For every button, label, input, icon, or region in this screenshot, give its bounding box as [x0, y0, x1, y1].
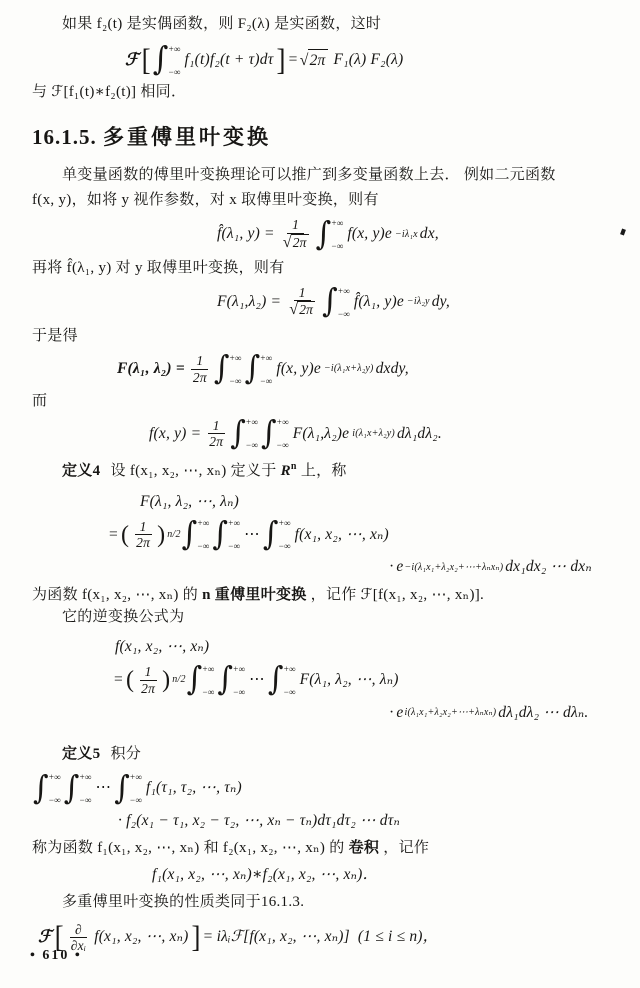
line-properties: 多重傅里叶变换的性质类同于16.1.3. — [32, 892, 612, 914]
integrand: f₁(τ₁, τ₂, ⋯, τₙ) — [146, 777, 242, 799]
radicand: 2π — [308, 49, 328, 72]
integral-limits: +∞ −∞ — [80, 772, 92, 805]
cdots: ⋯ — [244, 524, 260, 546]
integral-glyph: ∫ — [153, 44, 169, 76]
lower-limit: −∞ — [284, 688, 296, 697]
upper-limit: +∞ — [228, 519, 240, 528]
lower-limit: −∞ — [130, 796, 142, 805]
equation-2d-forward: F(λ₁, λ₂) = 1 2π ∫ +∞ −∞ ∫ +∞ −∞ f(x, y)… — [115, 353, 612, 386]
fraction: 1 √2π — [287, 285, 317, 320]
upper-limit: +∞ — [80, 773, 92, 782]
lower-limit: −∞ — [169, 68, 181, 77]
cdots: ⋯ — [249, 669, 265, 691]
differentials: dx₁dx₂ ⋯ dxₙ — [505, 556, 592, 578]
condition: (1 ≤ i ≤ n)， — [358, 926, 439, 948]
left-paren: ( — [121, 523, 129, 547]
section-number: 16.1.5. — [32, 125, 97, 149]
radicand: 2π — [291, 234, 309, 250]
integral-glyph: ∫ — [212, 519, 228, 551]
equation-nd-inverse-lhs: f(x₁, x₂, ⋯, xₙ) — [115, 636, 612, 658]
denominator: 2π — [191, 370, 209, 386]
integrand: f₁(t)f₂(t + τ)dτ — [185, 49, 274, 71]
integral-limits: +∞ −∞ — [230, 353, 242, 386]
equation-nd-forward-rhs: = ( 1 2π )n/2 ∫ +∞ −∞ ∫ +∞ −∞ ⋯ — [107, 518, 612, 551]
integrand: f(x, y)e — [347, 223, 392, 245]
fraction: 1 2π — [134, 519, 152, 551]
integral-limits: +∞ −∞ — [338, 286, 350, 319]
rn-symbol: R — [281, 463, 291, 479]
integral: ∫ +∞ −∞ — [182, 518, 211, 551]
equation-transform-y: F(λ₁,λ₂) = 1 √2π ∫ +∞ −∞ f̂(λ₁, y)e−iλ₂y… — [215, 285, 612, 320]
equation-2d-inverse: f(x, y) = 1 2π ∫ +∞ −∞ ∫ +∞ −∞ F(λ₁,λ₂)e… — [147, 417, 612, 450]
differential: dλ₁dλ₂. — [397, 423, 442, 445]
integrand-continued: · f₂(x₁ − τ₁, x₂ − τ₂, ⋯, xₙ − τₙ)dτ₁dτ₂… — [118, 810, 400, 832]
integral: ∫ +∞ −∞ — [217, 664, 246, 697]
scanned-textbook-page: 如果 f₂(t) 是实偶函数，则 F₂(λ) 是实函数，这时 ℱ [ ∫ +∞ … — [0, 0, 640, 988]
integrand: F(λ₁,λ₂)e — [293, 423, 350, 445]
left-bracket: [ — [142, 45, 151, 75]
n-fourier-term: n 重傅里叶变换 — [202, 587, 307, 603]
integral: ∫ +∞ −∞ — [114, 772, 143, 805]
upper-limit: +∞ — [260, 354, 272, 363]
integral-limits: +∞ −∞ — [277, 417, 289, 450]
intro-line-2: 与 ℱ[f₁(t)∗f₂(t)] 相同． — [32, 82, 612, 104]
integral-limits: +∞ −∞ — [331, 218, 343, 251]
integral: ∫ +∞ −∞ — [268, 664, 297, 697]
fourier-operator-icon: ℱ — [38, 925, 52, 950]
right-paren: ) — [162, 668, 170, 692]
integral-limits: +∞ −∞ — [49, 772, 61, 805]
lhs: F(λ₁, λ₂, ⋯, λₙ) — [140, 491, 239, 513]
definition-4-text: 设 f(x₁, x₂, ⋯, xₙ) 定义于 — [110, 463, 276, 479]
equation-convolution-integral: ∫ +∞ −∞ ∫ +∞ −∞ ⋯ ∫ +∞ −∞ — [32, 772, 612, 805]
exp-base: e — [396, 702, 403, 724]
upper-limit: +∞ — [130, 773, 142, 782]
upper-limit: +∞ — [279, 519, 291, 528]
line-thus: 于是得 — [32, 326, 612, 348]
radicand: 2π — [297, 301, 315, 317]
operand: f(x₁, x₂, ⋯, xₙ) — [94, 926, 188, 948]
integral-limits: +∞ −∞ — [198, 518, 210, 551]
line-inverse-intro: 它的逆变换公式为 — [32, 607, 612, 629]
integral-glyph: ∫ — [214, 353, 230, 385]
integral-glyph: ∫ — [114, 772, 130, 804]
result-term: F₁(λ) F₂(λ) — [334, 49, 404, 71]
definition-5-label: 定义5 — [62, 746, 100, 762]
integrand: F(λ₁, λ₂, ⋯, λₙ) — [300, 669, 399, 691]
lower-limit: −∞ — [260, 377, 272, 386]
lower-limit: −∞ — [279, 542, 291, 551]
numerator: 1 — [208, 418, 225, 435]
denominator: 2π — [139, 681, 157, 697]
integral-limits: +∞ −∞ — [130, 772, 142, 805]
denominator: √2π — [281, 234, 311, 252]
lhs: f̂(λ₁, y) = — [217, 223, 275, 245]
equation-derivative-property: ℱ [ ∂ ∂xᵢ f(x₁, x₂, ⋯, xₙ) ] = iλᵢℱ[f(x₁… — [38, 922, 612, 954]
lower-limit: −∞ — [331, 242, 343, 251]
line-n-fourier: 为函数 f(x₁, x₂, ⋯, xₙ) 的 n 重傅里叶变换 ，记作 ℱ[f(… — [32, 585, 612, 607]
integral: ∫ +∞ −∞ — [64, 772, 93, 805]
integral: ∫ +∞ −∞ — [322, 286, 351, 319]
integral: ∫ +∞ −∞ — [261, 417, 290, 450]
integral: ∫ +∞ −∞ — [153, 44, 182, 77]
equation-transform-x: f̂(λ₁, y) = 1 √2π ∫ +∞ −∞ f(x, y)e−iλ₁x … — [215, 217, 612, 252]
line-n-fourier-post: ，记作 ℱ[f(x₁, x₂, ⋯, xₙ)]. — [311, 587, 484, 603]
equation-convolution-notation: f₁(x₁, x₂, ⋯, xₙ)∗f₂(x₁, x₂, ⋯, xₙ)． — [152, 864, 612, 886]
upper-limit: +∞ — [198, 519, 210, 528]
line-and: 而 — [32, 391, 612, 413]
numerator: 1 — [294, 285, 311, 302]
differential: dy, — [432, 291, 450, 313]
right-bracket: ] — [276, 45, 285, 75]
right-paren: ) — [157, 523, 165, 547]
equation-nd-forward-lhs: F(λ₁, λ₂, ⋯, λₙ) — [140, 491, 612, 513]
integral-limits: +∞ −∞ — [284, 664, 296, 697]
line-convolution-post: ，记作 — [383, 840, 429, 856]
upper-limit: +∞ — [49, 773, 61, 782]
lower-limit: −∞ — [80, 796, 92, 805]
equation-nd-forward-kernel: · e−i(λ₁x₁+λ₂x₂+⋯+λₙxₙ) dx₁dx₂ ⋯ dxₙ — [387, 556, 612, 578]
page-content: 如果 f₂(t) 是实偶函数，则 F₂(λ) 是实函数，这时 ℱ [ ∫ +∞ … — [0, 0, 640, 954]
definition-4-text-2: 上，称 — [301, 463, 347, 479]
partial-numerator: ∂ — [70, 922, 87, 939]
fraction: 1 2π — [191, 353, 209, 385]
integral: ∫ +∞ −∞ — [230, 417, 259, 450]
fourier-operator-icon: ℱ — [125, 48, 139, 73]
integral-limits: +∞ −∞ — [228, 518, 240, 551]
right-bracket: ] — [191, 922, 200, 952]
upper-limit: +∞ — [246, 418, 258, 427]
lower-limit: −∞ — [233, 688, 245, 697]
integral: ∫ +∞ −∞ — [316, 218, 345, 251]
product-dot: · — [389, 556, 394, 578]
integrand: f(x, y)e — [276, 358, 321, 380]
lhs: f(x₁, x₂, ⋯, xₙ) — [115, 636, 209, 658]
numerator: 1 — [140, 664, 157, 681]
integral-glyph: ∫ — [322, 286, 338, 318]
upper-limit: +∞ — [277, 418, 289, 427]
integral-glyph: ∫ — [316, 218, 332, 250]
numerator: 1 — [191, 353, 208, 370]
equals-sign: = — [109, 524, 118, 546]
cdots: ⋯ — [96, 777, 112, 799]
integral: ∫ +∞ −∞ — [263, 518, 292, 551]
lower-limit: −∞ — [277, 441, 289, 450]
lhs: f(x, y) = — [149, 423, 201, 445]
line-again: 再将 f̂(λ₁, y) 对 y 取傅里叶变换，则有 — [32, 258, 612, 280]
line-n-fourier-pre: 为函数 f(x₁, x₂, ⋯, xₙ) 的 — [32, 587, 198, 603]
integral-glyph: ∫ — [33, 772, 49, 804]
paragraph-line-2: f(x, y)，如将 y 视作参数，对 x 取傅里叶变换，则有 — [32, 188, 612, 212]
fraction: 1 √2π — [281, 217, 311, 252]
lower-limit: −∞ — [203, 688, 215, 697]
denominator: √2π — [287, 301, 317, 319]
upper-limit: +∞ — [230, 354, 242, 363]
lower-limit: −∞ — [338, 310, 350, 319]
intro-line-1: 如果 f₂(t) 是实偶函数，则 F₂(λ) 是实函数，这时 — [32, 14, 612, 36]
numerator: 1 — [135, 519, 152, 536]
integral: ∫ +∞ −∞ — [187, 664, 216, 697]
upper-limit: +∞ — [169, 45, 181, 54]
product-dot: · — [389, 702, 394, 724]
lower-limit: −∞ — [49, 796, 61, 805]
integral-glyph: ∫ — [187, 664, 203, 696]
upper-limit: +∞ — [233, 665, 245, 674]
rn-superscript: n — [291, 461, 297, 472]
lhs: F(λ₁,λ₂) = — [217, 291, 281, 313]
numerator: 1 — [287, 217, 304, 234]
integral-glyph: ∫ — [261, 418, 277, 450]
integral-glyph: ∫ — [230, 418, 246, 450]
equals-sign: = — [114, 669, 123, 691]
equation-convolution-line-2: · f₂(x₁ − τ₁, x₂ − τ₂, ⋯, xₙ − τₙ)dτ₁dτ₂… — [118, 810, 612, 832]
definition-5-text: 积分 — [110, 746, 141, 762]
integrand: f(x₁, x₂, ⋯, xₙ) — [295, 524, 389, 546]
integral-glyph: ∫ — [263, 519, 279, 551]
integral-limits: +∞ −∞ — [203, 664, 215, 697]
integral: ∫ +∞ −∞ — [214, 353, 243, 386]
paragraph-line-1: 单变量函数的傅里叶变换理论可以推广到多变量函数上去． 例如二元函数 — [32, 162, 612, 188]
rhs: iλᵢℱ[f(x₁, x₂, ⋯, xₙ)] — [217, 926, 350, 948]
denominator: 2π — [207, 434, 225, 450]
fraction: 1 2π — [207, 418, 225, 450]
upper-limit: +∞ — [284, 665, 296, 674]
upper-limit: +∞ — [338, 287, 350, 296]
definition-5: 定义5 积分 — [32, 744, 612, 766]
integral-limits: +∞ −∞ — [260, 353, 272, 386]
fraction: 1 2π — [139, 664, 157, 696]
upper-limit: +∞ — [331, 219, 343, 228]
denominator: 2π — [134, 535, 152, 551]
differential: dx, — [420, 223, 439, 245]
integral-glyph: ∫ — [182, 519, 198, 551]
line-convolution: 称为函数 f₁(x₁, x₂, ⋯, xₙ) 和 f₂(x₁, x₂, ⋯, x… — [32, 838, 612, 860]
lower-limit: −∞ — [198, 542, 210, 551]
definition-4: 定义4 设 f(x₁, x₂, ⋯, xₙ) 定义于 Rn 上，称 — [32, 460, 612, 483]
integral-glyph: ∫ — [268, 664, 284, 696]
integral: ∫ +∞ −∞ — [212, 518, 241, 551]
integral-glyph: ∫ — [217, 664, 233, 696]
integral-limits: +∞ −∞ — [233, 664, 245, 697]
integral: ∫ +∞ −∞ — [245, 353, 274, 386]
convolution-expression: f₁(x₁, x₂, ⋯, xₙ)∗f₂(x₁, x₂, ⋯, xₙ)． — [152, 864, 378, 886]
integral-glyph: ∫ — [245, 353, 261, 385]
section-heading: 16.1.5. 多重傅里叶变换 — [32, 122, 612, 152]
differential: dxdy, — [376, 358, 409, 380]
integral-limits: +∞ −∞ — [169, 44, 181, 77]
equation-nd-inverse-kernel: · ei(λ₁x₁+λ₂x₂+⋯+λₙxₙ) dλ₁dλ₂ ⋯ dλₙ. — [387, 702, 612, 724]
left-paren: ( — [126, 668, 134, 692]
exp-base: e — [396, 556, 403, 578]
lower-limit: −∞ — [246, 441, 258, 450]
lhs: F(λ₁, λ₂) = — [117, 358, 185, 380]
equals-sign: = — [204, 926, 213, 948]
differentials: dλ₁dλ₂ ⋯ dλₙ. — [498, 702, 588, 724]
lower-limit: −∞ — [230, 377, 242, 386]
page-number: • 610 • — [30, 948, 82, 964]
integral-glyph: ∫ — [64, 772, 80, 804]
integral-limits: +∞ −∞ — [279, 518, 291, 551]
lower-limit: −∞ — [228, 542, 240, 551]
integral: ∫ +∞ −∞ — [33, 772, 62, 805]
equation-correlation: ℱ [ ∫ +∞ −∞ f₁(t)f₂(t + τ)dτ ] = √ 2π F₁… — [125, 44, 612, 77]
equals-sign: = — [289, 49, 298, 71]
equation-nd-inverse-rhs: = ( 1 2π )n/2 ∫ +∞ −∞ ∫ +∞ −∞ ⋯ — [112, 664, 612, 697]
integrand: f̂(λ₁, y)e — [354, 291, 404, 313]
integral-limits: +∞ −∞ — [246, 417, 258, 450]
upper-limit: +∞ — [203, 665, 215, 674]
line-convolution-pre: 称为函数 f₁(x₁, x₂, ⋯, xₙ) 和 f₂(x₁, x₂, ⋯, x… — [32, 840, 345, 856]
section-title: 多重傅里叶变换 — [103, 125, 271, 149]
convolution-term: 卷积 — [349, 840, 380, 856]
definition-4-label: 定义4 — [62, 463, 100, 479]
